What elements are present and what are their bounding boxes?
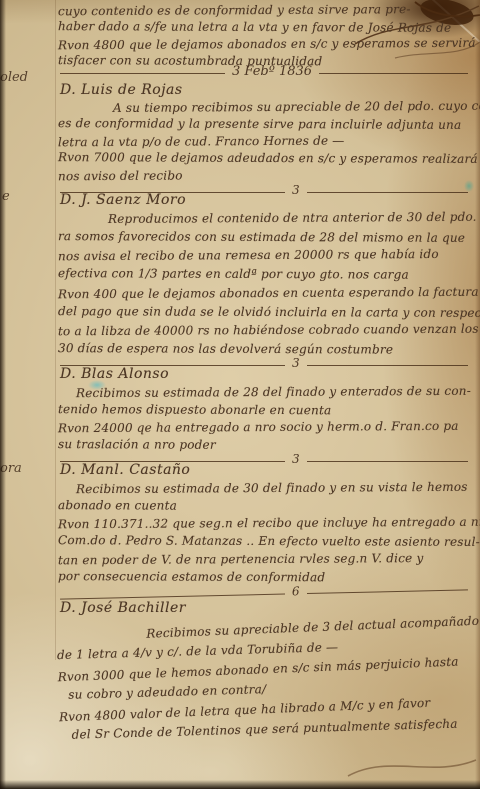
text-line: tan en poder de V. de nra pertenencia rv… — [58, 550, 474, 570]
divider-number: 3 — [292, 356, 300, 370]
letter-body: Reproducimos el contenido de ntra anteri… — [58, 209, 474, 359]
margin-rule — [55, 0, 56, 660]
letter-body: A su tiempo recibimos su apreciable de 2… — [58, 99, 474, 184]
text-line: efectiva con 1/3 partes en caldª por cuy… — [58, 264, 474, 285]
divider-number: 3 — [292, 183, 300, 197]
letter-body: Recibimos su estimada de 28 del finado y… — [58, 384, 474, 454]
divider-line — [60, 73, 225, 74]
page-edge-bottom — [0, 780, 480, 789]
text-line: Rvon 4800 que le dejamos abonados en s/c… — [58, 35, 474, 55]
text-line: es de conformidad y la presente sirve pa… — [58, 115, 474, 134]
letter-heading: D. José Bachiller — [60, 600, 186, 616]
divider-number: 6 — [292, 584, 300, 598]
letter-heading: D. Luis de Rojas — [60, 82, 183, 98]
text-line: Rvon 400 que le dejamos abonados en cuen… — [58, 283, 474, 304]
divider-number: 3 — [292, 452, 300, 466]
divider-line — [307, 192, 468, 193]
text-line: Rvon 24000 qe ha entregado a nro socio y… — [58, 418, 474, 438]
divider-line — [307, 365, 468, 366]
divider-line — [60, 593, 285, 599]
text-line: nos aviso del recibo — [58, 166, 474, 186]
letter-body: Recibimos su apreciable de 3 del actual … — [56, 612, 476, 746]
text-line: cuyo contenido es de conformidad y esta … — [58, 1, 474, 21]
text-line: Recibimos su estimada de 30 del finado y… — [58, 479, 474, 499]
text-line: su traslación a nro poder — [58, 436, 474, 455]
section-divider: 3 Febº 1836 — [60, 66, 468, 81]
text-line: 30 días de espera nos las devolverá segú… — [58, 339, 474, 360]
text-line: del pago que sin duda se le olvidó inclu… — [58, 302, 474, 323]
divider-line — [319, 73, 468, 74]
text-line: Com.do d. Pedro S. Matanzas .. En efecto… — [58, 532, 474, 552]
page-edge-right — [475, 0, 480, 789]
text-line: letra a la vta p/o de cud. Franco Hornes… — [58, 132, 474, 152]
letter-continuation: cuyo contenido es de conformidad y esta … — [58, 2, 474, 70]
text-line: nos avisa el recibo de una remesa en 200… — [58, 245, 474, 266]
text-line: Rvon 7000 que le dejamos adeudados en s/… — [58, 149, 474, 168]
manuscript-page: oled e ora cuyo contenido es de conformi… — [0, 0, 480, 789]
text-line: Recibimos su estimada de 28 del finado y… — [58, 383, 474, 403]
text-line: Reproducimos el contenido de ntra anteri… — [58, 208, 474, 229]
divider-line — [307, 589, 468, 594]
text-line: Rvon 110.371..32 que seg.n el recibo que… — [58, 514, 474, 534]
letter-heading: D. J. Saenz Moro — [60, 192, 186, 208]
date-label: 3 Febº 1836 — [232, 64, 312, 79]
letter-heading: D. Manl. Castaño — [60, 462, 190, 478]
text-line: tenido hemos dispuesto abonarle en cuent… — [58, 401, 474, 420]
page-edge-left — [0, 0, 6, 789]
pen-flourish — [348, 760, 476, 776]
text-line: to a la libza de 40000 rs no habiéndose … — [58, 320, 474, 341]
text-line: A su tiempo recibimos su apreciable de 2… — [58, 98, 474, 118]
text-line: haber dado a s/fe una letra a la vta y e… — [58, 18, 474, 37]
letter-body: Recibimos su estimada de 30 del finado y… — [58, 480, 474, 586]
letter-heading: D. Blas Alonso — [60, 366, 169, 382]
divider-line — [307, 461, 468, 462]
